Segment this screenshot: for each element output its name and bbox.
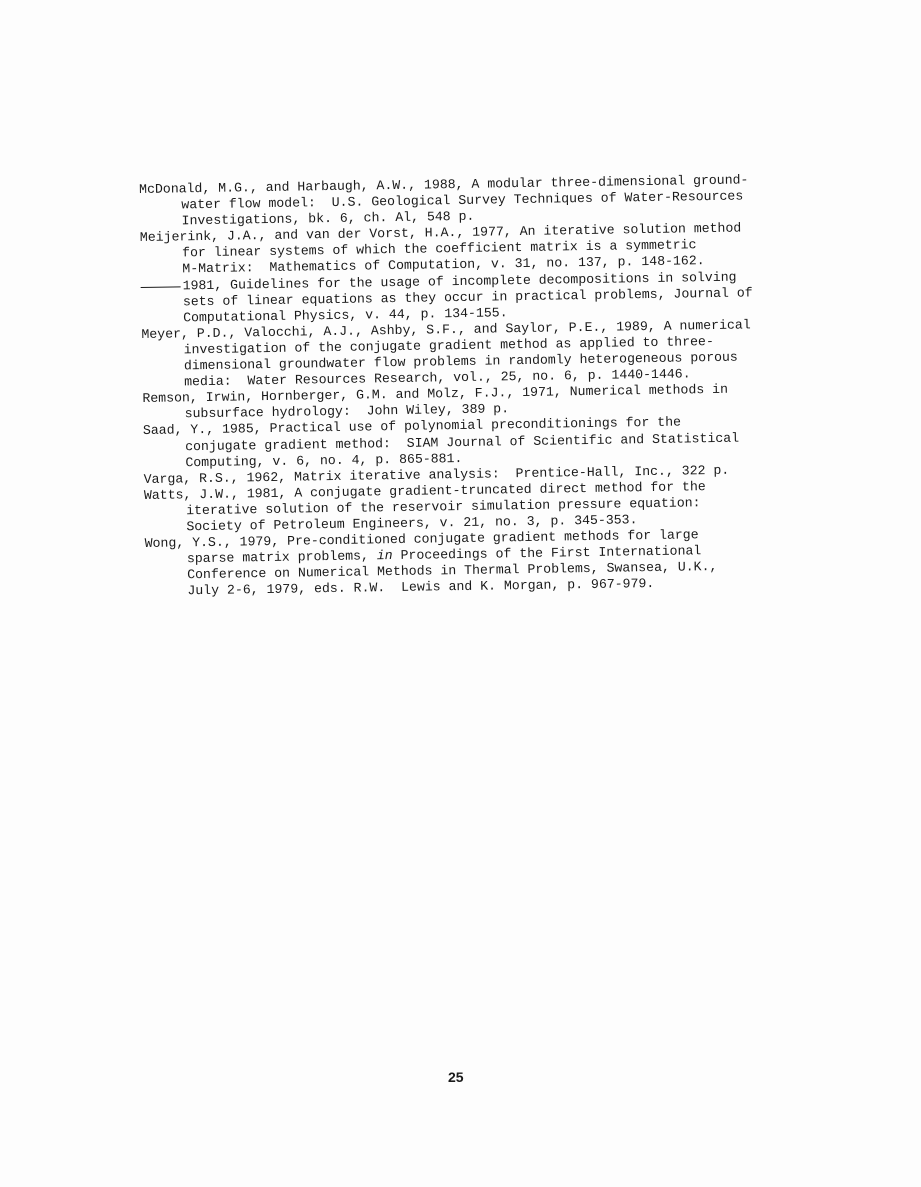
reference-meyer-1989: Meyer, P.D., Valocchi, A.J., Ashby, S.F.… [141, 317, 782, 391]
reference-line: sparse matrix problems, [187, 548, 377, 566]
italic-in: in [377, 548, 393, 563]
page-number: 25 [448, 1069, 464, 1085]
reference-list: McDonald, M.G., and Harbaugh, A.W., 1988… [139, 172, 785, 600]
same-author-dash [141, 286, 181, 288]
reference-wong-1979: Wong, Y.S., 1979, Pre-conditioned conjug… [145, 526, 786, 600]
document-page: McDonald, M.G., and Harbaugh, A.W., 1988… [0, 0, 921, 1187]
